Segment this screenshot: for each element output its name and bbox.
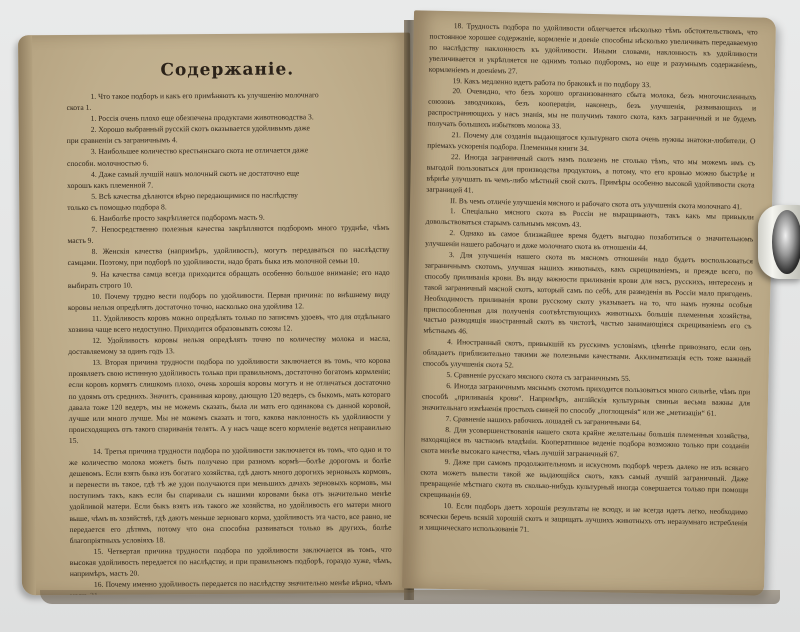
toc-entry: 9. На качества самца всегда приходится о… (68, 266, 390, 290)
toc-entry: 3. Для улучшенія нашего скота въ мясномъ… (423, 250, 753, 344)
toc-entry: 13. Вторая причина трудности подбора по … (68, 355, 391, 446)
toc-entry: 15. Четвертая причина трудности подбора … (70, 544, 392, 580)
toc-entry: 18. Трудность подбора по удойливости обл… (429, 21, 758, 82)
right-page: 18. Трудность подбора по удойливости обл… (402, 10, 776, 595)
toc-entry: 22. Иногда заграничный скотъ намъ полезе… (426, 151, 755, 201)
toc-left: 1. Что такое подборъ и какъ его примѣняю… (66, 89, 392, 596)
toc-entry: 14. Третья причина трудности подбора по … (69, 444, 392, 546)
toc-entry: 9. Даже при самомъ продолжительномъ и ис… (420, 457, 749, 507)
toc-right: 18. Трудность подбора по удойливости обл… (419, 21, 758, 540)
toc-entry: 7. Непосредственно полезныя качества зак… (67, 222, 389, 246)
open-book: Содержаніе. 1. Что такое подборъ и какъ … (0, 0, 800, 632)
toc-entry: 20. Очевидно, что безъ хорошо организова… (428, 86, 757, 136)
toc-entry: 12. Удойливость коровы нельзя опредѣлять… (68, 333, 390, 357)
page-title: Содержаніе. (66, 59, 388, 81)
toc-entry: 11. Удойливость коровъ можно опредѣлять … (68, 311, 390, 335)
metal-weight-cap-icon (772, 210, 800, 274)
toc-entry: 8. Женскія качества (напримѣръ, удойливо… (68, 244, 390, 268)
book-bottom-edge (40, 590, 780, 604)
left-page: Содержаніе. 1. Что такое подборъ и какъ … (18, 33, 414, 596)
toc-entry: 10. Если подборъ даетъ хорошія результат… (419, 500, 748, 540)
toc-entry: 10. Почему трудно вести подборъ по удойл… (68, 288, 390, 312)
